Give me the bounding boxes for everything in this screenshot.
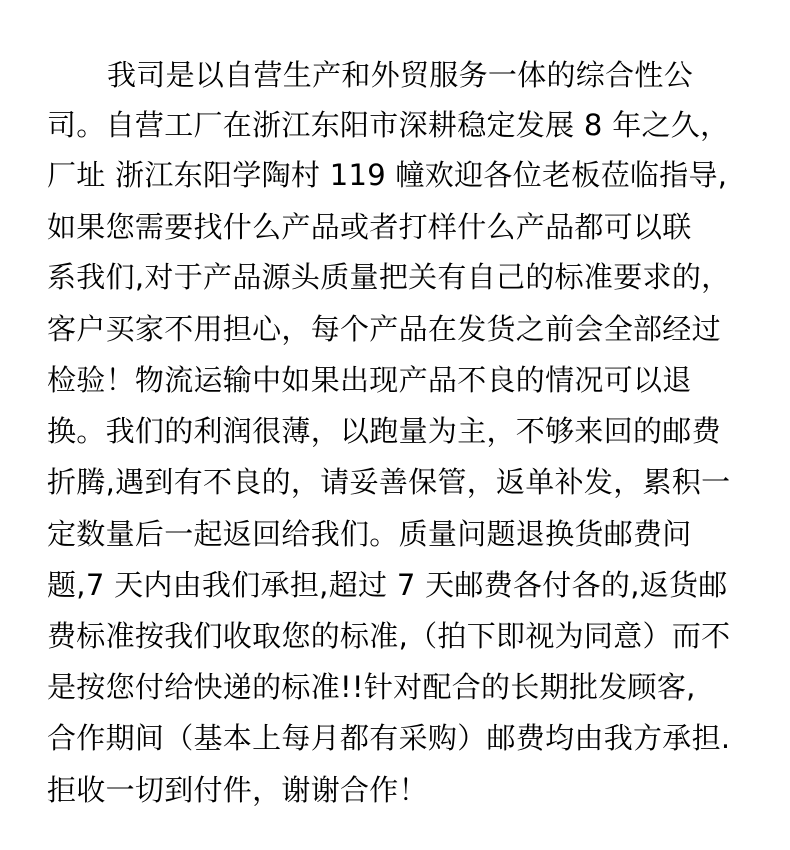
text-line-6: 客户买家不用担心，每个产品在发货之前会全部经过 (47, 309, 721, 349)
text-line-3: 厂址 浙江东阳学陶村 119 幢欢迎各位老板莅临指导, (47, 155, 727, 195)
text-line-1: 我司是以自营生产和外贸服务一体的综合性公 (107, 55, 693, 95)
text-line-15: 拒收一切到付件，谢谢合作！ (47, 770, 428, 810)
text-line-13: 是按您付给快递的标准!!针对配合的长期批发顾客, (47, 667, 696, 707)
policy-document: 我司是以自营生产和外贸服务一体的综合性公 司。自营工厂在浙江东阳市深耕稳定发展 … (0, 0, 790, 850)
text-line-11: 题,7 天内由我们承担,超过 7 天邮费各付各的,返货邮 (47, 565, 728, 605)
text-line-9: 折腾,遇到有不良的，请妥善保管，返单补发，累积一 (47, 462, 730, 502)
text-line-14: 合作期间（基本上每月都有采购）邮费均由我方承担. (47, 718, 730, 758)
text-line-5: 系我们,对于产品源头质量把关有自己的标准要求的， (47, 257, 730, 297)
text-line-2: 司。自营工厂在浙江东阳市深耕稳定发展 8 年之久， (47, 105, 729, 145)
text-line-12: 费标准按我们收取您的标准,（拍下即视为同意）而不 (47, 616, 730, 656)
text-line-4: 如果您需要找什么产品或者打样什么产品都可以联 (47, 207, 692, 247)
text-line-7: 检验！物流运输中如果出现产品不良的情况可以退 (47, 360, 692, 400)
text-line-8: 换。我们的利润很薄，以跑量为主，不够来回的邮费 (47, 411, 721, 451)
text-line-10: 定数量后一起返回给我们。质量问题退换货邮费问 (47, 514, 692, 554)
